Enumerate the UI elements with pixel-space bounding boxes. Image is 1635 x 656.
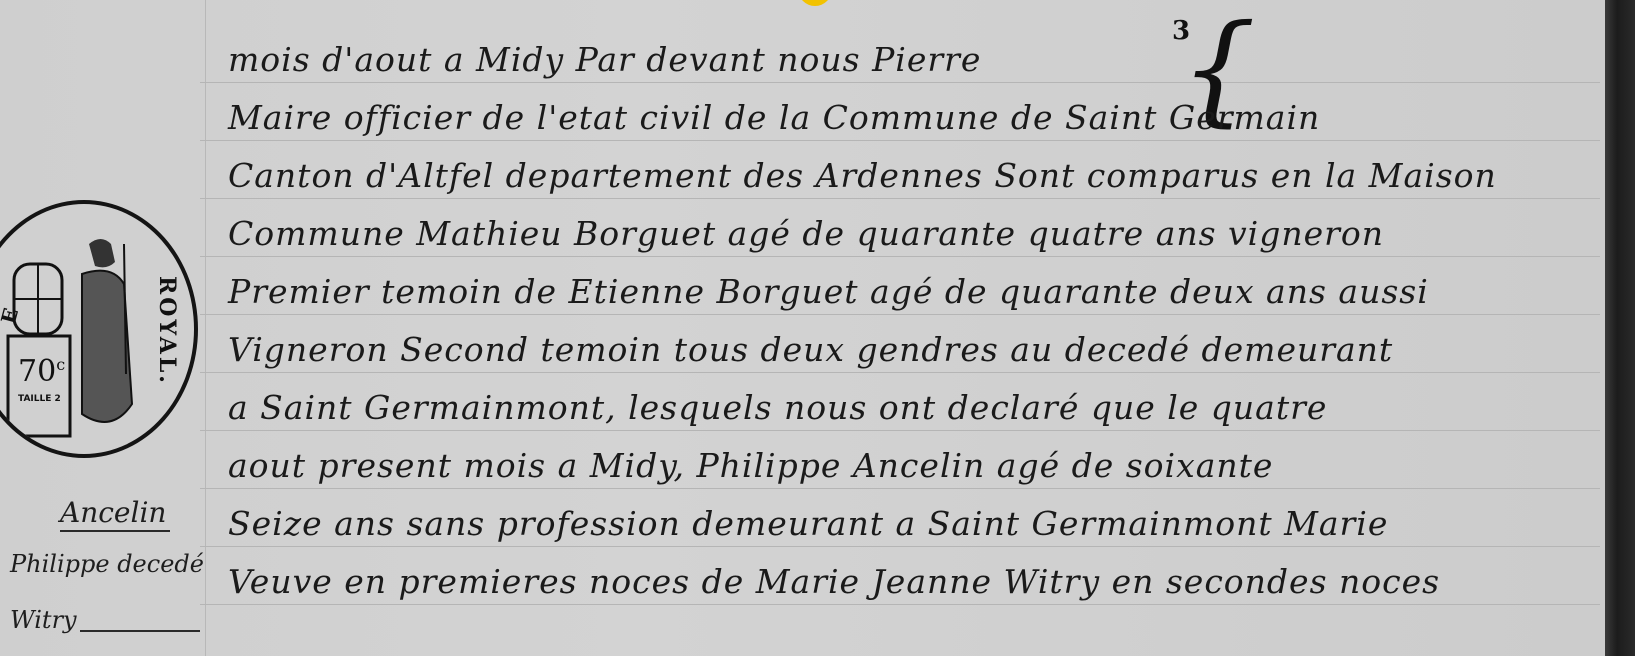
ruled-line xyxy=(200,140,1600,141)
handwritten-line: Veuve en premieres noces de Marie Jeanne… xyxy=(228,562,1440,601)
ruled-line xyxy=(200,372,1600,373)
ruled-line xyxy=(200,198,1600,199)
stamp-small-text: TAILLE 2 xyxy=(18,394,61,404)
stamp-value: 70c xyxy=(18,354,65,389)
handwritten-line: mois d'aout a Midy Par devant nous Pierr… xyxy=(228,40,981,79)
ruled-line xyxy=(200,488,1600,489)
margin-rule xyxy=(205,0,206,656)
ruled-line xyxy=(200,256,1600,257)
handwritten-line: Premier temoin de Etienne Borguet agé de… xyxy=(228,272,1429,311)
ruled-line xyxy=(200,604,1600,605)
handwritten-line: Vigneron Second temoin tous deux gendres… xyxy=(228,330,1393,369)
handwritten-line: a Saint Germainmont, lesquels nous ont d… xyxy=(228,388,1327,427)
handwritten-line: Maire officier de l'etat civil de la Com… xyxy=(228,98,1320,137)
margin-note: Philippe decedé xyxy=(10,550,204,578)
page-edge xyxy=(1605,0,1635,656)
margin-note: Witry xyxy=(10,606,77,634)
tax-stamp: E ROYAL. 70c TAILLE 2 xyxy=(0,200,198,458)
ruled-line xyxy=(200,82,1600,83)
handwritten-line: Commune Mathieu Borguet agé de quarante … xyxy=(228,214,1384,253)
margin-note-rule xyxy=(60,530,170,532)
handwritten-line: Seize ans sans profession demeurant a Sa… xyxy=(228,504,1388,543)
margin-note: Ancelin xyxy=(60,496,166,529)
ruled-line xyxy=(200,546,1600,547)
ruled-line xyxy=(200,430,1600,431)
ruled-line xyxy=(200,314,1600,315)
handwritten-line: Canton d'Altfel departement des Ardennes… xyxy=(228,156,1497,195)
margin-note-rule xyxy=(80,630,200,632)
handwritten-line: aout present mois a Midy, Philippe Ancel… xyxy=(228,446,1273,485)
stamp-figure-icon xyxy=(0,204,194,454)
